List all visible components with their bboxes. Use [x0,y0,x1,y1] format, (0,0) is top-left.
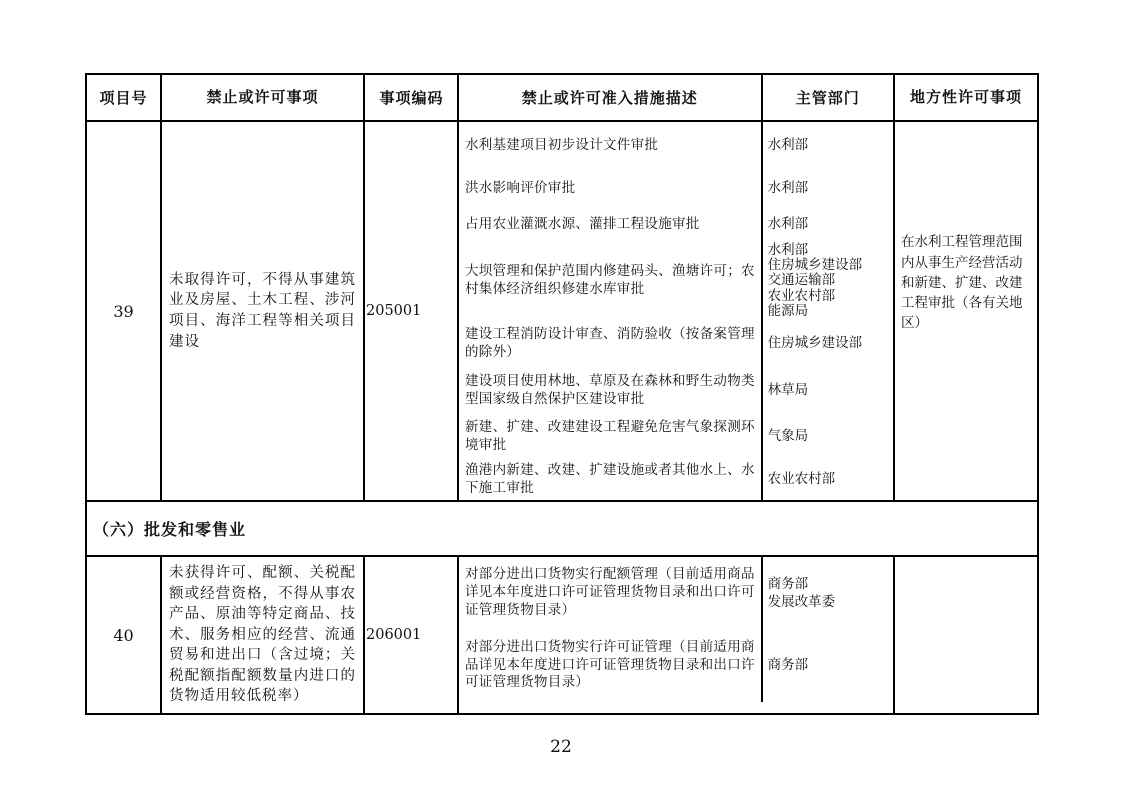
measure-subrow: 水利基建项目初步设计文件审批 水利部 [459,122,893,170]
measure-departments: 水利部 [761,170,893,207]
measure-departments: 水利部 [761,122,893,170]
local-permit-text [893,557,1037,713]
department: 商务部 [768,575,891,593]
measures-cell: 对部分进出口货物实行配额管理（目前适用商品详见本年度进口许可证管理货物目录和出口… [457,557,893,713]
matter-text: 未获得许可、配额、关税配额或经营资格，不得从事农产品、原油等特定商品、技术、服务… [160,557,363,713]
measure-departments: 气象局 [761,414,893,460]
measure-departments: 住房城乡建设部 [761,320,893,367]
header-matter: 禁止或许可事项 [160,75,363,120]
department: 农业农村部 [768,472,891,487]
local-permit-text: 在水利工程管理范围内从事生产经营活动和新建、扩建、改建工程审批（各有关地区） [893,122,1037,500]
measures-cell: 水利基建项目初步设计文件审批 水利部 洪水影响评价审批 水利部 占用农业灌溉水源… [457,122,893,500]
measure-departments: 商务部 发展改革委 [761,557,893,629]
header-department: 主管部门 [761,75,893,120]
measure-text: 渔港内新建、改建、扩建设施或者其他水上、水下施工审批 [459,460,761,500]
department: 能源局 [768,304,891,319]
measure-text: 对部分进出口货物实行配额管理（目前适用商品详见本年度进口许可证管理货物目录和出口… [459,557,761,629]
matter-code: 206001 [363,557,457,713]
item-number: 39 [87,122,160,500]
table-header-row: 项目号 禁止或许可事项 事项编码 禁止或许可准入措施描述 主管部门 地方性许可事… [87,75,1037,120]
table-row-40: 40 未获得许可、配额、关税配额或经营资格，不得从事农产品、原油等特定商品、技术… [87,555,1037,713]
department: 住房城乡建设部 [768,258,891,273]
department: 农业农村部 [768,289,891,304]
header-measures-depts: 禁止或许可准入措施描述 主管部门 [457,75,893,120]
measure-text: 建设项目使用林地、草原及在森林和野生动物类型国家级自然保护区建设审批 [459,367,761,414]
measure-subrow: 渔港内新建、改建、扩建设施或者其他水上、水下施工审批 农业农村部 [459,460,893,500]
measure-text: 占用农业灌溉水源、灌排工程设施审批 [459,207,761,242]
measure-departments: 水利部 [761,207,893,242]
section-header-wholesale-retail: （六）批发和零售业 [87,500,1037,555]
measure-subrow: 建设工程消防设计审查、消防验收（按备案管理的除外） 住房城乡建设部 [459,320,893,367]
measure-departments: 林草局 [761,367,893,414]
header-matter-code: 事项编码 [363,75,457,120]
department: 商务部 [768,658,891,673]
department: 交通运输部 [768,273,891,288]
measure-text: 新建、扩建、改建建设工程避免危害气象探测环境审批 [459,414,761,460]
measure-departments: 水利部 住房城乡建设部 交通运输部 农业农村部 能源局 [761,242,893,320]
table-row-39: 39 未取得许可，不得从事建筑业及房屋、土木工程、涉河项目、海洋工程等相关项目建… [87,120,1037,500]
measure-subrow: 占用农业灌溉水源、灌排工程设施审批 水利部 [459,207,893,242]
department: 水利部 [768,181,891,196]
matter-code: 205001 [363,122,457,500]
department: 住房城乡建设部 [768,336,891,351]
measure-subrow: 对部分进出口货物实行配额管理（目前适用商品详见本年度进口许可证管理货物目录和出口… [459,557,893,629]
measure-text: 大坝管理和保护范围内修建码头、渔塘许可；农村集体经济组织修建水库审批 [459,242,761,320]
measure-text: 对部分进出口货物实行许可证管理（目前适用商品详见本年度进口许可证管理货物目录和出… [459,629,761,702]
department: 发展改革委 [768,593,891,611]
page-number: 22 [0,737,1122,757]
measure-text: 水利基建项目初步设计文件审批 [459,122,761,170]
header-measure-desc: 禁止或许可准入措施描述 [459,75,761,120]
measure-subrow: 大坝管理和保护范围内修建码头、渔塘许可；农村集体经济组织修建水库审批 水利部 住… [459,242,893,320]
header-local-permit: 地方性许可事项 [893,75,1037,120]
department: 水利部 [768,138,891,153]
section-title: （六）批发和零售业 [93,517,246,540]
department: 气象局 [768,429,891,444]
matter-text: 未取得许可，不得从事建筑业及房屋、土木工程、涉河项目、海洋工程等相关项目建设 [160,122,363,500]
department: 水利部 [768,217,891,232]
measure-subrow: 洪水影响评价审批 水利部 [459,170,893,207]
item-number: 40 [87,557,160,713]
measure-subrow: 对部分进出口货物实行许可证管理（目前适用商品详见本年度进口许可证管理货物目录和出… [459,629,893,702]
measure-departments: 农业农村部 [761,460,893,500]
measure-text: 洪水影响评价审批 [459,170,761,207]
negative-list-table: 项目号 禁止或许可事项 事项编码 禁止或许可准入措施描述 主管部门 地方性许可事… [85,73,1039,715]
measure-subrow: 新建、扩建、改建建设工程避免危害气象探测环境审批 气象局 [459,414,893,460]
measure-text: 建设工程消防设计审查、消防验收（按备案管理的除外） [459,320,761,367]
department: 林草局 [768,383,891,398]
local-permit-paragraph: 在水利工程管理范围内从事生产经营活动和新建、扩建、改建工程审批（各有关地区） [901,232,1031,333]
header-item-number: 项目号 [87,75,160,120]
measure-subrow: 建设项目使用林地、草原及在森林和野生动物类型国家级自然保护区建设审批 林草局 [459,367,893,414]
measure-departments: 商务部 [761,629,893,702]
